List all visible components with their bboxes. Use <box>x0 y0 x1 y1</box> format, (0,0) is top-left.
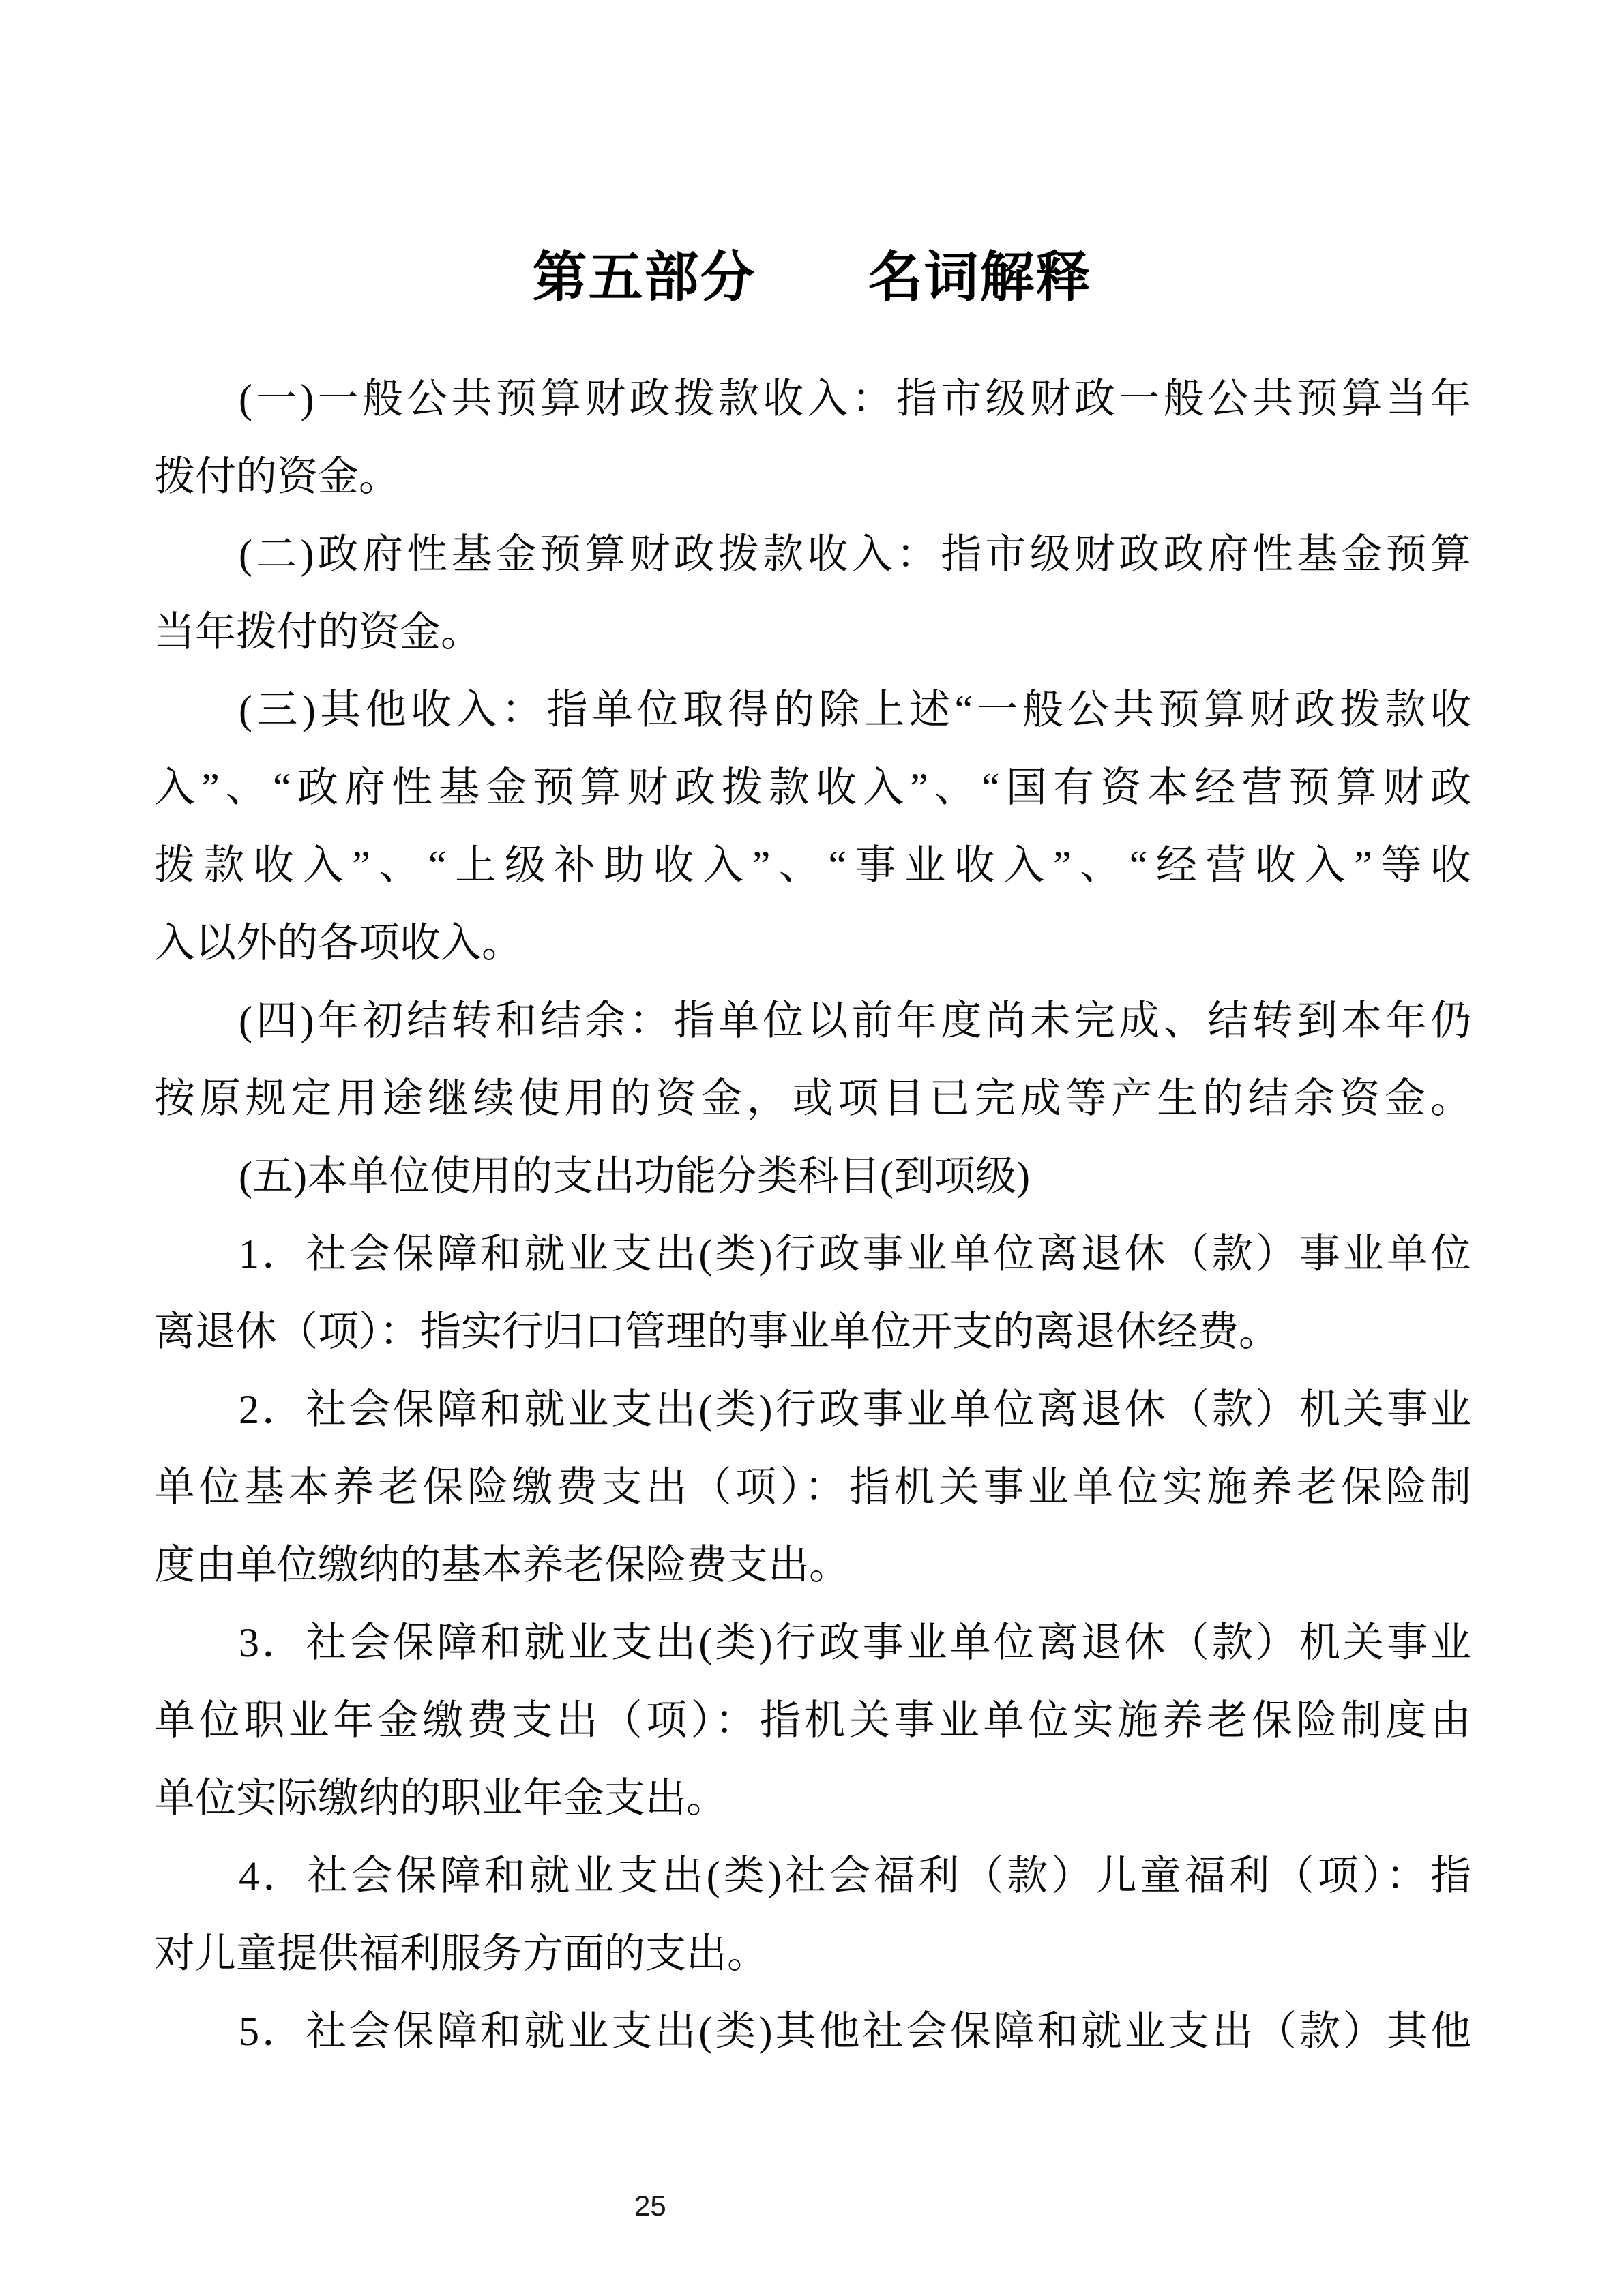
para-3-other-income: (三)其他收入：指单位取得的除上述“一般公共预算财政拨款收入”、“政府性基金预算… <box>154 671 1471 982</box>
document-body: (一)一般公共预算财政拨款收入：指市级财政一般公共预算当年拨付的资金。(二)政府… <box>154 360 1471 2070</box>
text-line: 拨款收入”、“上级补助收入”、“事业收入”、“经营收入”等收 <box>154 826 1471 904</box>
para-1-general-public-budget-income: (一)一般公共预算财政拨款收入：指市级财政一般公共预算当年拨付的资金。 <box>154 360 1471 516</box>
text-line: 4．社会保障和就业支出(类)社会福利（款）儿童福利（项）：指 <box>154 1837 1471 1915</box>
text-line: (一)一般公共预算财政拨款收入：指市级财政一般公共预算当年 <box>154 360 1471 438</box>
text-line: 单位基本养老保险缴费支出（项）：指机关事业单位实施养老保险制 <box>154 1448 1471 1526</box>
text-line: 按原规定用途继续使用的资金，或项目已完成等产生的结余资金。 <box>154 1060 1471 1137</box>
text-line: 拨付的资金。 <box>154 438 1471 516</box>
text-line: (二)政府性基金预算财政拨款收入：指市级财政政府性基金预算 <box>154 516 1471 593</box>
text-line: 3．社会保障和就业支出(类)行政事业单位离退休（款）机关事业 <box>154 1604 1471 1682</box>
para-2-government-fund-budget-income: (二)政府性基金预算财政拨款收入：指市级财政政府性基金预算当年拨付的资金。 <box>154 516 1471 671</box>
item-3-occupational-annuity-contribution: 3．社会保障和就业支出(类)行政事业单位离退休（款）机关事业单位职业年金缴费支出… <box>154 1604 1471 1837</box>
text-line: 对儿童提供福利服务方面的支出。 <box>154 1915 1471 1993</box>
text-line: 入”、“政府性基金预算财政拨款收入”、“国有资本经营预算财政 <box>154 749 1471 826</box>
text-line: 2．社会保障和就业支出(类)行政事业单位离退休（款）机关事业 <box>154 1371 1471 1448</box>
text-line: (三)其他收入：指单位取得的除上述“一般公共预算财政拨款收 <box>154 671 1471 749</box>
page-number: 25 <box>634 2190 666 2222</box>
text-line: 度由单位缴纳的基本养老保险费支出。 <box>154 1526 1471 1604</box>
text-line: 入以外的各项收入。 <box>154 904 1471 982</box>
page-title: 第五部分 名词解释 <box>0 240 1624 315</box>
text-line: 单位实际缴纳的职业年金支出。 <box>154 1759 1471 1837</box>
text-line: 当年拨付的资金。 <box>154 593 1471 671</box>
text-line: 单位职业年金缴费支出（项）：指机关事业单位实施养老保险制度由 <box>154 1682 1471 1759</box>
item-1-retirement-of-public-institutions: 1．社会保障和就业支出(类)行政事业单位离退休（款）事业单位离退休（项）：指实行… <box>154 1215 1471 1371</box>
text-line: 1．社会保障和就业支出(类)行政事业单位离退休（款）事业单位 <box>154 1215 1471 1293</box>
text-line: 5．社会保障和就业支出(类)其他社会保障和就业支出（款）其他 <box>154 1993 1471 2070</box>
text-line: 离退休（项）：指实行归口管理的事业单位开支的离退休经费。 <box>154 1293 1471 1371</box>
text-line: (五)本单位使用的支出功能分类科目(到项级) <box>154 1137 1471 1215</box>
item-4-child-welfare: 4．社会保障和就业支出(类)社会福利（款）儿童福利（项）：指对儿童提供福利服务方… <box>154 1837 1471 1993</box>
item-5-other-social-security-expenditure: 5．社会保障和就业支出(类)其他社会保障和就业支出（款）其他 <box>154 1993 1471 2070</box>
para-4-carryover-and-surplus: (四)年初结转和结余：指单位以前年度尚未完成、结转到本年仍按原规定用途继续使用的… <box>154 982 1471 1137</box>
document-page: 第五部分 名词解释 (一)一般公共预算财政拨款收入：指市级财政一般公共预算当年拨… <box>0 0 1624 2296</box>
para-5-expenditure-function-categories: (五)本单位使用的支出功能分类科目(到项级) <box>154 1137 1471 1215</box>
item-2-basic-pension-contribution: 2．社会保障和就业支出(类)行政事业单位离退休（款）机关事业单位基本养老保险缴费… <box>154 1371 1471 1604</box>
text-line: (四)年初结转和结余：指单位以前年度尚未完成、结转到本年仍 <box>154 982 1471 1060</box>
